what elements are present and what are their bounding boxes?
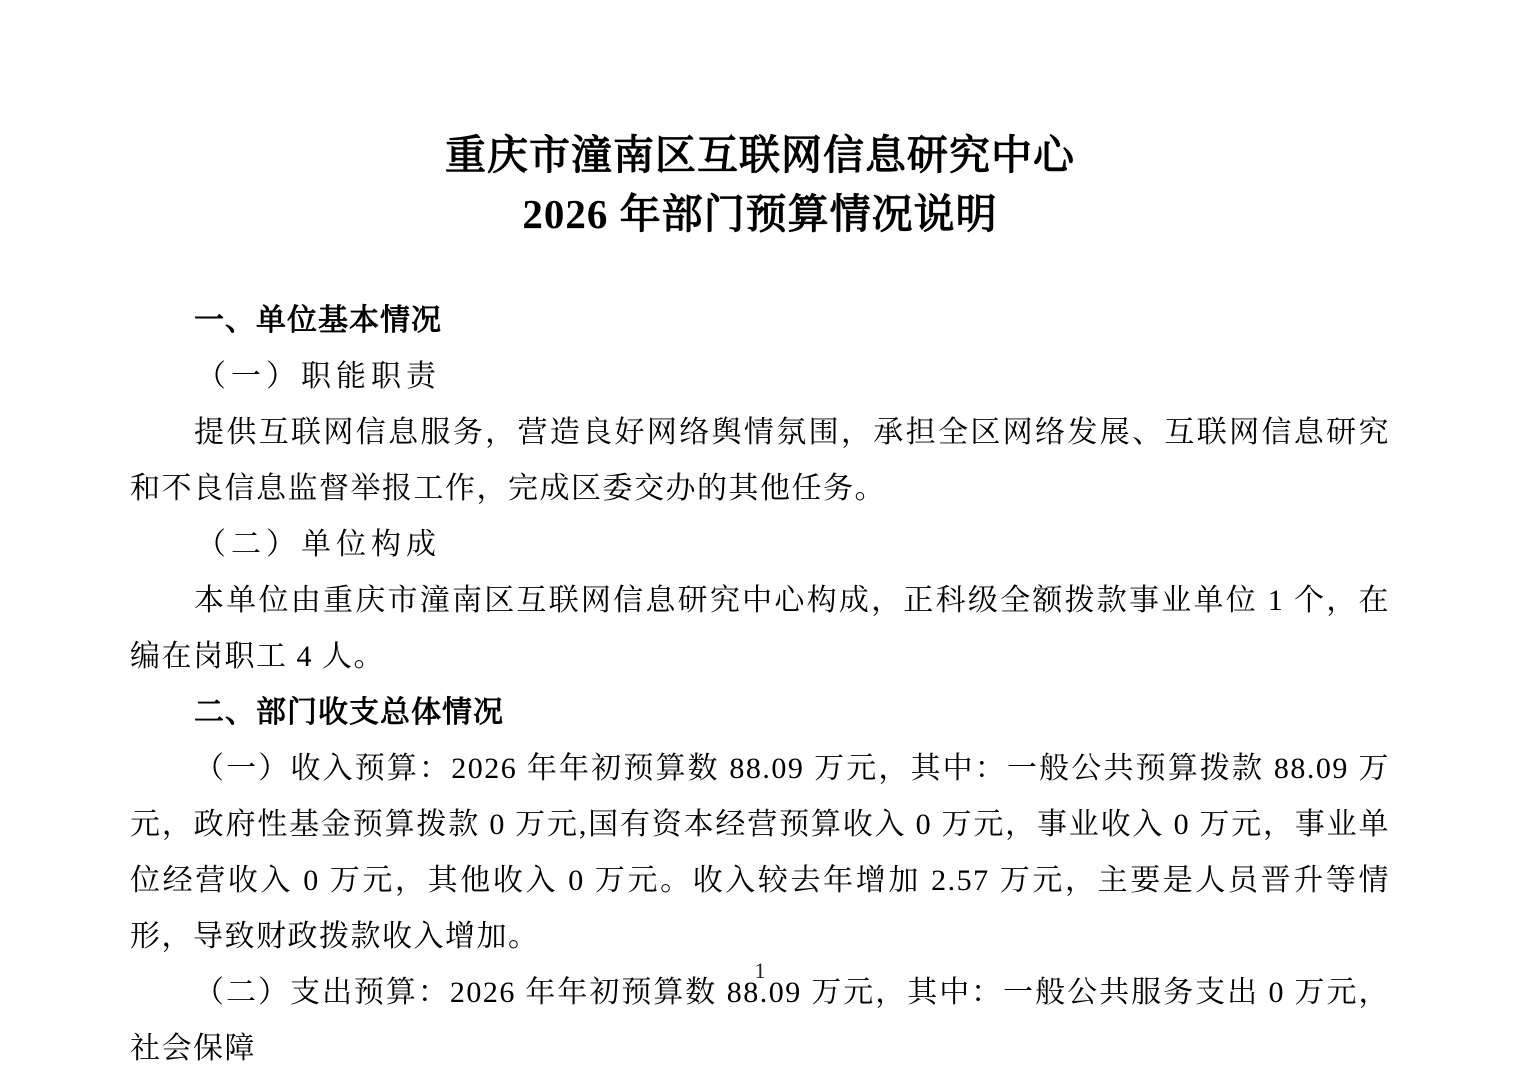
- paragraph-income-budget: （一）收入预算：2026 年年初预算数 88.09 万元，其中：一般公共预算拨款…: [130, 741, 1390, 965]
- page-number: 1: [0, 958, 1520, 984]
- document-body: 一、单位基本情况 （一）职能职责 提供互联网信息服务，营造良好网络舆情氛围，承担…: [130, 293, 1390, 1074]
- paragraph-duties: 提供互联网信息服务，营造良好网络舆情氛围，承担全区网络发展、互联网信息研究和不良…: [130, 405, 1390, 517]
- title-line-2: 2026 年部门预算情况说明: [0, 185, 1520, 244]
- document-title: 重庆市潼南区互联网信息研究中心 2026 年部门预算情况说明: [0, 126, 1520, 244]
- title-line-1: 重庆市潼南区互联网信息研究中心: [0, 126, 1520, 185]
- document-page: 重庆市潼南区互联网信息研究中心 2026 年部门预算情况说明 一、单位基本情况 …: [0, 0, 1520, 1074]
- subsection-heading-composition: （二）单位构成: [130, 517, 1390, 573]
- section-heading-budget-overview: 二、部门收支总体情况: [130, 685, 1390, 741]
- paragraph-composition: 本单位由重庆市潼南区互联网信息研究中心构成，正科级全额拨款事业单位 1 个，在编…: [130, 573, 1390, 685]
- section-heading-basic-info: 一、单位基本情况: [130, 293, 1390, 349]
- subsection-heading-duties: （一）职能职责: [130, 349, 1390, 405]
